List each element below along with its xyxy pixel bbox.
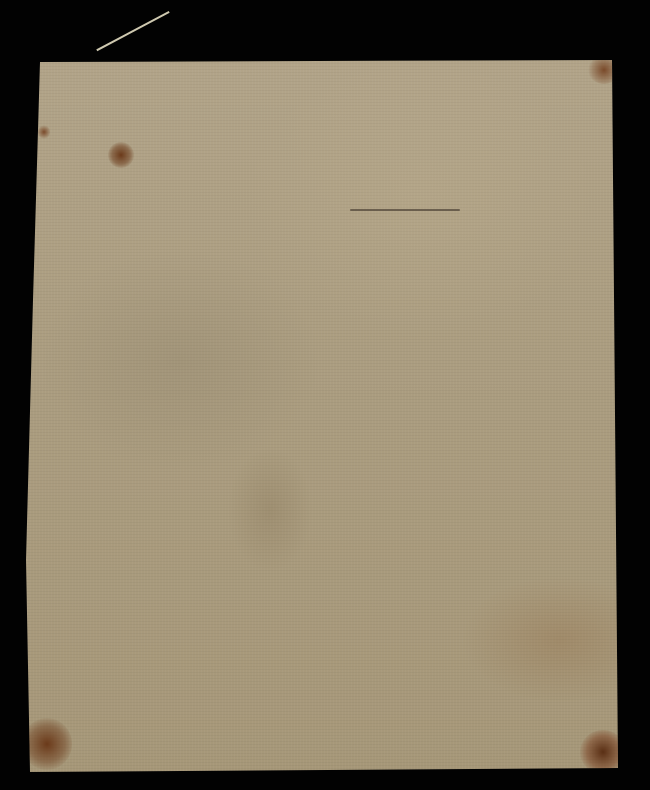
stain-bottom-right-corner: [580, 730, 626, 774]
stain-top-right-corner: [588, 56, 620, 84]
dark-line-mark: [350, 209, 460, 211]
stain-top-left-edge: [38, 125, 50, 139]
loose-thread: [96, 11, 169, 51]
stain-top-left: [108, 142, 134, 168]
black-backdrop: [0, 0, 650, 790]
linen-canvas: [0, 0, 650, 790]
stain-bottom-left-corner: [22, 718, 72, 770]
